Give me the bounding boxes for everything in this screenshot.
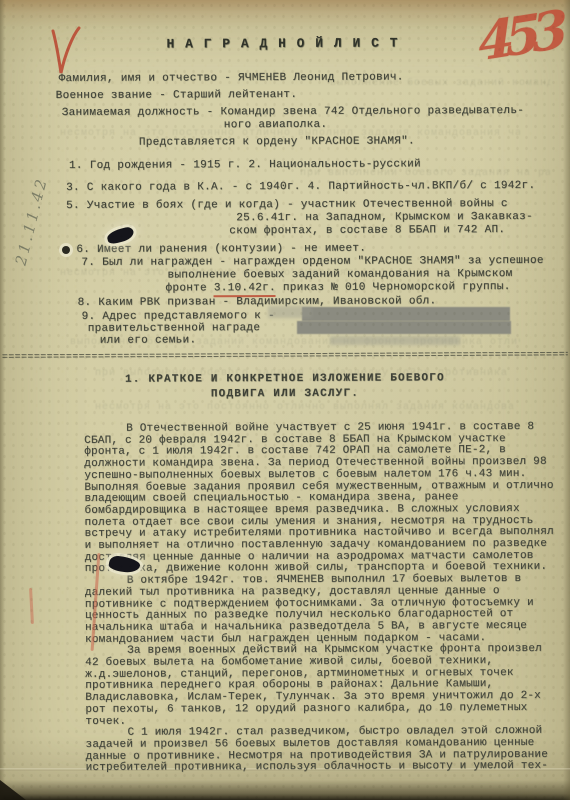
form-item-7-line2: выполнение боевых заданий командования н… (167, 268, 512, 282)
field-award-nomination: Представляется к ордену "КРАСНОЕ ЗНАМЯ". (139, 135, 415, 148)
order-date-red-underlined: 3.10.42г. (214, 282, 276, 297)
citation-heading-line1: 1. КРАТКОЕ И КОНКРЕТНОЕ ИЗЛОЖЕНИЕ БОЕВОГ… (125, 372, 445, 385)
red-checkmark-icon (48, 24, 84, 85)
citation-paragraph-1: В Отечественной войне участвует с 25 июн… (84, 422, 555, 576)
citation-heading-line2: ПОДВИГА ИЛИ ЗАСЛУГ. (211, 388, 359, 401)
redaction-smudge (330, 336, 460, 345)
form-item-9-line1: 9. Адрес представляемого к - (82, 310, 275, 323)
field-position-line1: Занимаемая должность - Командир звена 74… (62, 105, 524, 119)
form-item-3-4: 3. С какого года в К.А. - с 1940г. 4. Па… (66, 180, 535, 194)
form-item-7-line1: 7. Был ли награжден - награжден орденом … (81, 255, 543, 269)
redaction-bar (302, 307, 510, 321)
form-item-6: 6. Имеет ли ранения (контузии) - не имее… (76, 243, 366, 256)
citation-paragraph-2: В октябре 1942г. тов. ЯЧМЕНЕВ выполнил 1… (85, 574, 555, 646)
typewritten-content: Н А Г Р А Д Н О Й Л И С Т Фамилия, имя и… (0, 0, 570, 800)
form-item-1-2: 1. Год рождения - 1915 г. 2. Национально… (69, 158, 421, 172)
form-item-5-line3: ском фронтах, в составе 8 ББАП и 742 АП. (229, 224, 505, 237)
form-item-7-line3: фронте 3.10.42г. приказ № 010 Черноморск… (165, 281, 510, 295)
redaction-smudge (268, 306, 312, 318)
ink-dot (62, 246, 70, 254)
form-item-9-line3: или его семьи. (100, 334, 197, 346)
field-position-line2: ного авиаполка. (224, 119, 328, 131)
item7-prefix: фронте (165, 282, 213, 294)
item7-suffix: приказ № 010 Черноморской группы. (276, 281, 511, 294)
field-military-rank: Военное звание - Старший лейтенант. (56, 89, 298, 102)
citation-paragraph-3: За время военных действий на Крымском уч… (85, 644, 555, 728)
citation-body: В Отечественной войне участвует с 25 июн… (84, 422, 556, 775)
page-number-red-pencil: 453 (477, 0, 561, 74)
citation-paragraph-4: С 1 июля 1942г. стал разведчиком, быстро… (85, 726, 555, 775)
form-item-5-line1: 5. Участие в боях (где и когда) - участн… (66, 198, 508, 212)
form-item-5-line2: 25.6.41г. на Западном, Крымском и Закавк… (236, 211, 533, 224)
redaction-bar (297, 321, 511, 334)
section-divider: ========================================… (2, 350, 568, 363)
form-item-9-line2: правительственной награде (88, 322, 261, 335)
award-sheet-page: выполнение боевых заданий командования н… (0, 0, 570, 800)
document-title: Н А Г Р А Д Н О Й Л И С Т (166, 35, 399, 51)
field-full-name: Фамилия, имя и отчество - ЯЧМЕНЕВ Леонид… (59, 71, 404, 85)
